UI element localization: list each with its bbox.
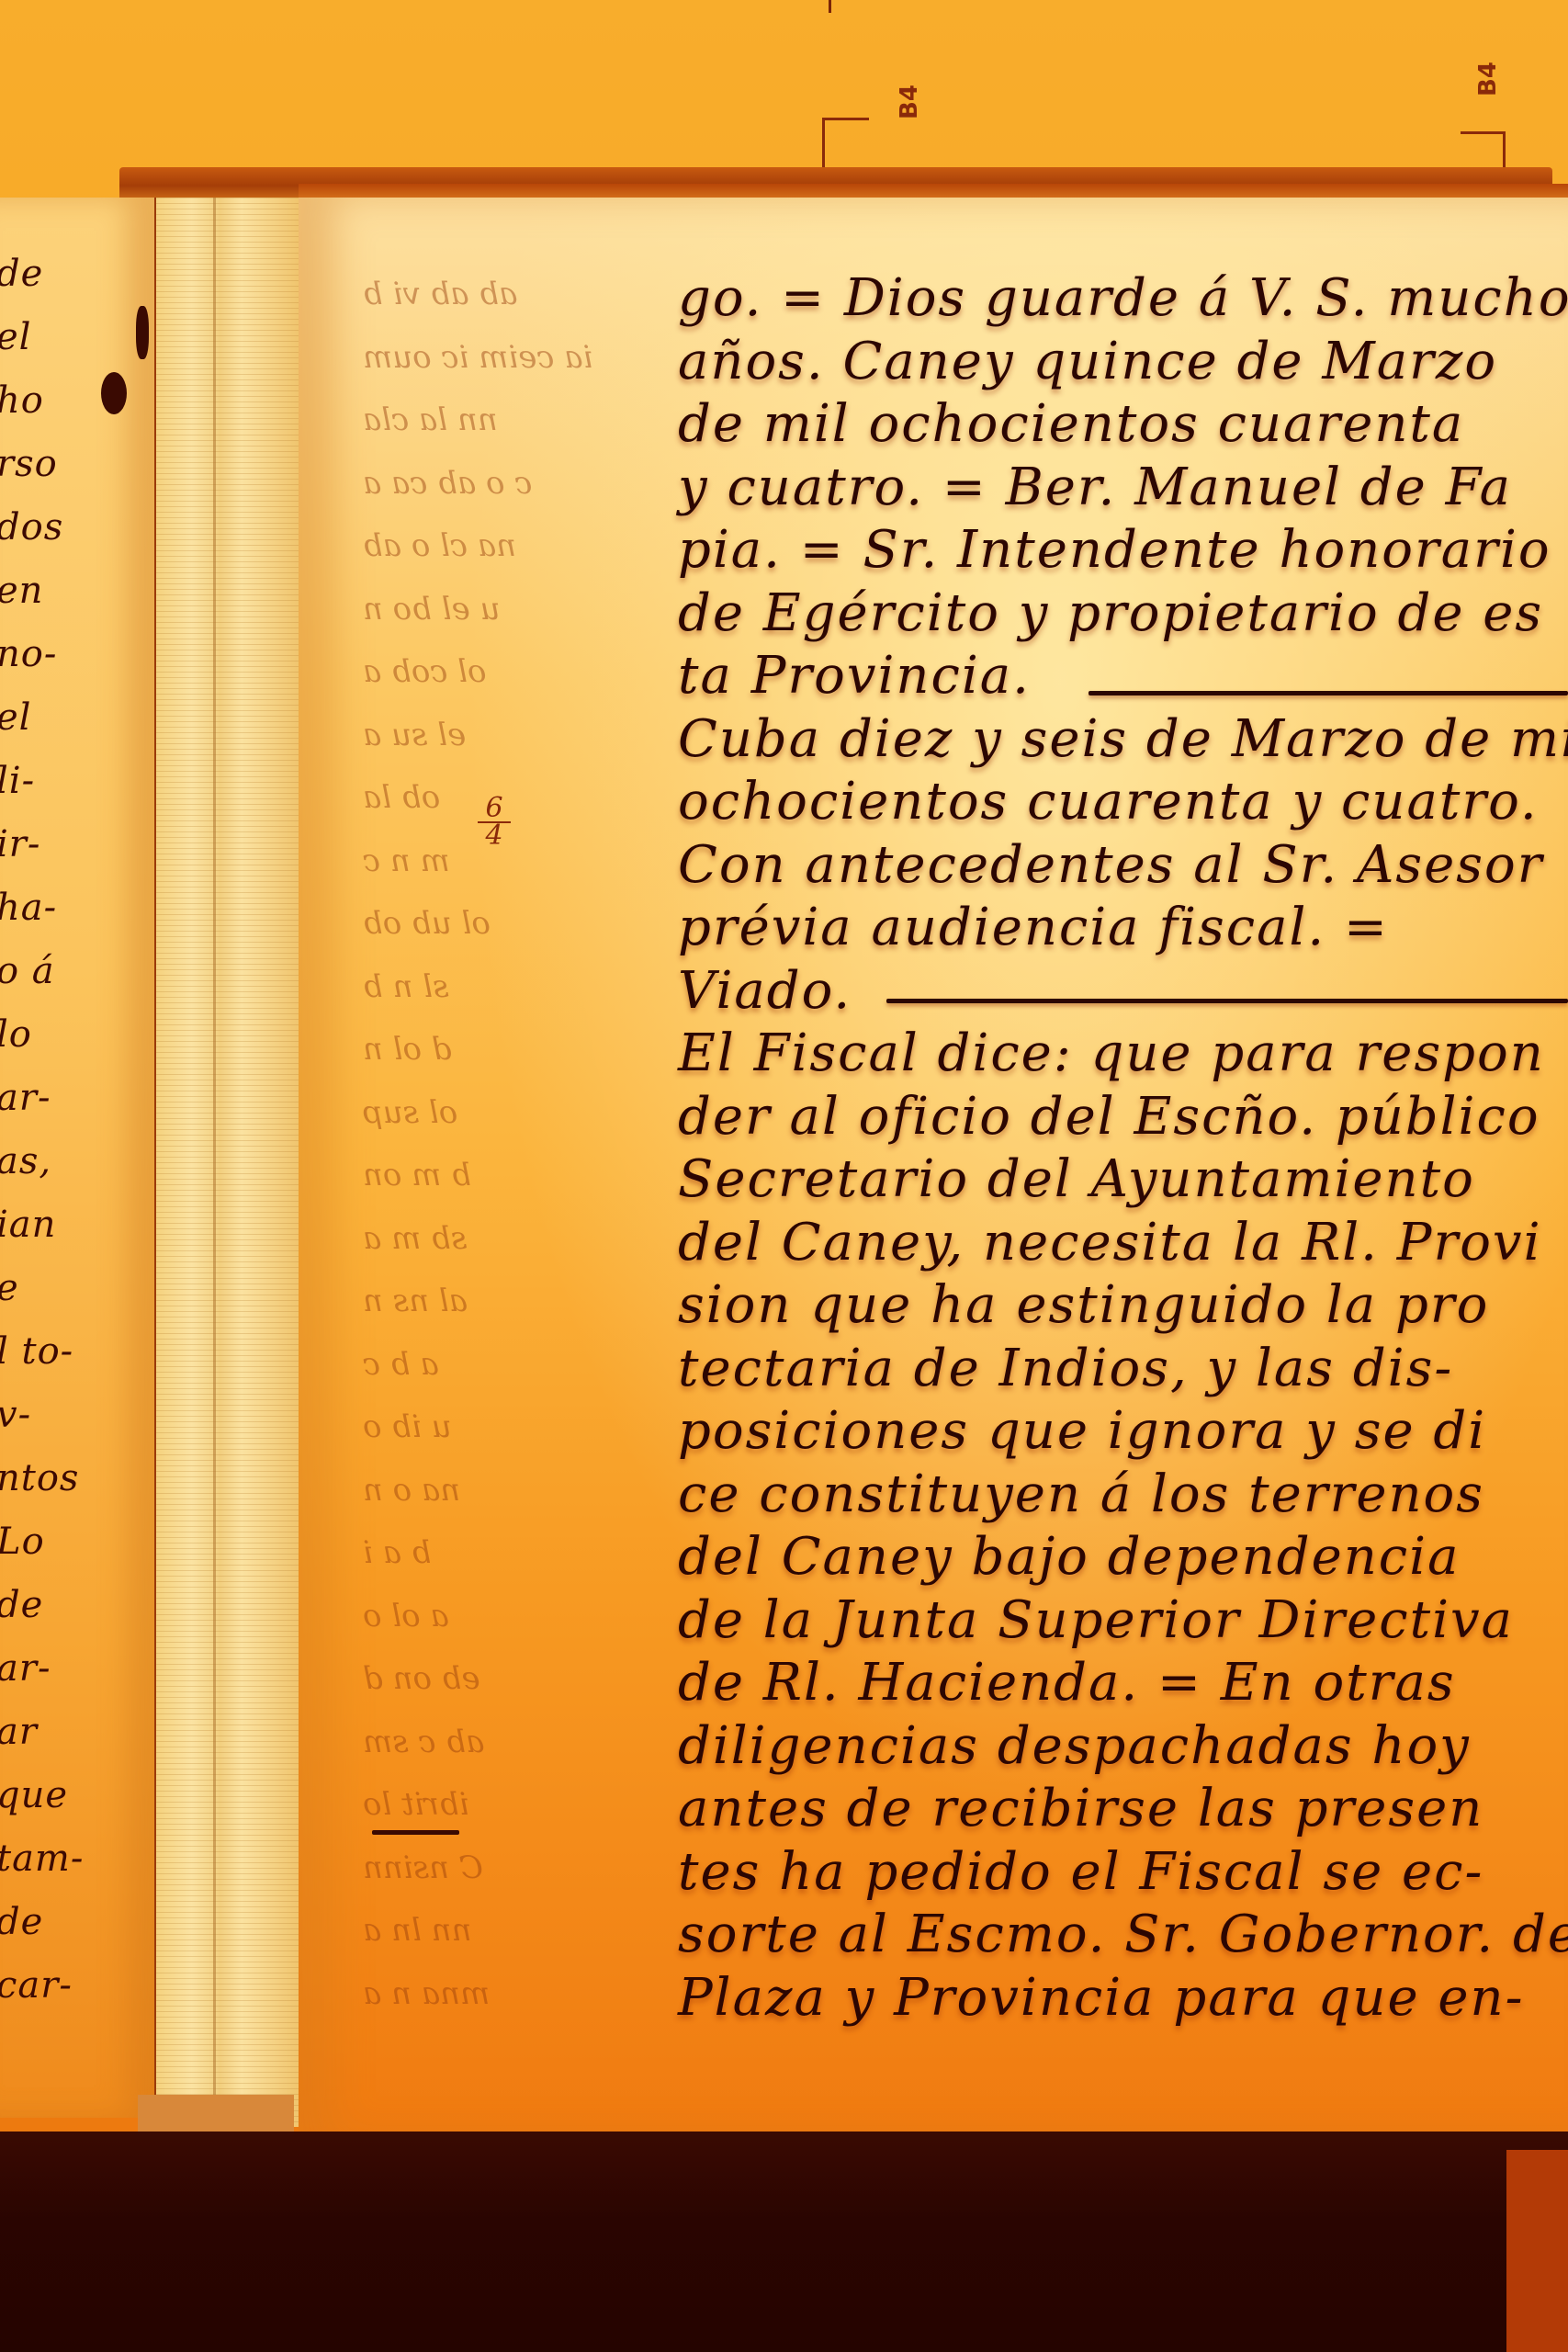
manuscript-line: y cuatro. = Ber. Manuel de Fa xyxy=(678,458,1512,517)
bleed-through-line: C nsinn xyxy=(363,1849,483,1886)
bleed-through-line: na o n xyxy=(363,1472,460,1509)
bleed-through-line: mna n a xyxy=(363,1975,490,2012)
bleed-through-line: u ib o xyxy=(363,1408,452,1445)
bleed-through-line: c o ab ca a xyxy=(363,465,532,502)
left-page-line-ending: tam- xyxy=(0,1837,84,1880)
bleed-through-line: ob la xyxy=(363,779,440,816)
bleed-through-line: el su a xyxy=(363,717,466,753)
left-page-line-ending: rso xyxy=(0,443,58,485)
closing-rule xyxy=(886,999,1568,1003)
bleed-through-line: ia ceim ic oum xyxy=(363,339,592,376)
manuscript-line: El Fiscal dice: que para respon xyxy=(678,1023,1545,1083)
manuscript-line: de Rl. Hacienda. = En otras xyxy=(678,1653,1456,1713)
left-page-line-ending: en xyxy=(0,570,43,612)
manuscript-line: pia. = Sr. Intendente honorario xyxy=(678,520,1551,580)
margin-dash xyxy=(372,1830,459,1835)
left-page-line-ending: de xyxy=(0,1901,43,1943)
left-page-line-ending: car- xyxy=(0,1964,73,2007)
bleed-through-line: nn ln a xyxy=(363,1912,471,1949)
manuscript-line: de la Junta Superior Directiva xyxy=(678,1590,1514,1650)
left-page-line-ending: Lo xyxy=(0,1521,45,1563)
bleed-through-line: na cl o ab xyxy=(363,527,516,564)
left-page-line-ending: l to- xyxy=(0,1330,73,1373)
manuscript-line: ce constituyen á los terrenos xyxy=(678,1464,1484,1524)
left-page-line-ending: ntos xyxy=(0,1457,79,1499)
manuscript-line: sion que ha estinguido la pro xyxy=(678,1275,1489,1335)
bleed-through-line: ibrit lo xyxy=(363,1786,469,1823)
bleed-through-line: ol ub ob xyxy=(363,905,491,942)
bleed-through-line: ol sup xyxy=(363,1094,457,1131)
book-spine-binding xyxy=(156,198,299,2127)
left-page-line-ending: ar xyxy=(0,1711,38,1753)
bleed-through-line: eb on d xyxy=(363,1660,480,1697)
manuscript-line: Viado. xyxy=(678,961,852,1021)
manuscript-line: del Caney bajo dependencia xyxy=(678,1527,1460,1587)
margin-folio-note: 6 4 xyxy=(478,797,511,847)
manuscript-line: años. Caney quince de Marzo xyxy=(678,332,1497,391)
bleed-through-line: b a i xyxy=(363,1534,432,1571)
left-page-line-ending: no- xyxy=(0,633,57,675)
manuscript-line: de Egército y propietario de es xyxy=(678,583,1543,643)
left-page-line-ending: lo xyxy=(0,1013,32,1056)
manuscript-line: del Caney, necesita la Rl. Provi xyxy=(678,1213,1541,1272)
bleed-through-line: ab ab vi b xyxy=(363,276,517,312)
spine-fold xyxy=(213,198,216,2127)
left-page-line-ending: ian xyxy=(0,1204,56,1246)
bleed-through-line: ol cob a xyxy=(363,653,487,690)
manuscript-line: tes ha pedido el Fiscal se ec- xyxy=(678,1842,1483,1902)
manuscript-line: Cuba diez y seis de Marzo de mil xyxy=(678,709,1568,769)
bleed-through-line: sl n b xyxy=(363,968,449,1005)
manuscript-line: sorte al Escmo. Sr. Gobernor. de la xyxy=(678,1905,1568,1964)
manuscript-line: der al oficio del Escño. público xyxy=(678,1087,1540,1147)
left-page-line-ending: ir- xyxy=(0,823,40,865)
left-page-line-ending: o á xyxy=(0,950,55,992)
manuscript-line: ochocientos cuarenta y cuatro. xyxy=(678,772,1539,831)
spine-bottom xyxy=(138,2095,294,2131)
manuscript-line: antes de recibirse las presen xyxy=(678,1779,1483,1838)
bleed-through-line: sb m a xyxy=(363,1220,467,1257)
bleed-through-line: a ol o xyxy=(363,1598,449,1634)
left-page-line-ending: dos xyxy=(0,506,63,548)
manuscript-line: Secretario del Ayuntamiento xyxy=(678,1149,1475,1209)
left-page-line-ending: ar- xyxy=(0,1647,51,1690)
margin-note-denominator: 4 xyxy=(485,820,502,852)
dark-base-edge xyxy=(1506,2150,1568,2352)
left-page-line-ending: e xyxy=(0,1267,19,1309)
manuscript-line: Plaza y Provincia para que en- xyxy=(678,1968,1525,2028)
bleed-through-line: a b c xyxy=(363,1346,439,1383)
manuscript-line: ta Provincia. xyxy=(678,646,1031,706)
bleed-through-line: ab c sm xyxy=(363,1724,484,1760)
ink-blot xyxy=(136,306,149,359)
left-page-line-ending: el xyxy=(0,316,31,358)
bleed-through-line: nn la cla xyxy=(363,401,498,438)
left-page-line-ending: ar- xyxy=(0,1077,51,1119)
left-page-line-ending: que xyxy=(0,1774,68,1816)
left-page-line-ending: de xyxy=(0,1584,43,1626)
manuscript-line: Con antecedentes al Sr. Asesor xyxy=(678,835,1544,895)
left-page-line-ending: v- xyxy=(0,1394,31,1436)
manuscript-line: go. = Dios guarde á V. S. muchos xyxy=(678,268,1568,328)
manuscript-line: prévia audiencia fiscal. = xyxy=(678,898,1389,957)
bleed-through-line: m n c xyxy=(363,842,450,879)
dark-base xyxy=(0,2131,1568,2352)
bleed-through-line: u el bo n xyxy=(363,591,500,628)
bleed-through-line: d ol n xyxy=(363,1031,452,1068)
manuscript-line: tectaria de Indios, y las dis- xyxy=(678,1339,1453,1398)
manuscript-line: de mil ochocientos cuarenta xyxy=(678,394,1464,454)
bleed-through-line: al ns n xyxy=(363,1283,468,1319)
left-page-line-ending: ho xyxy=(0,379,44,422)
bleed-through-line: b m on xyxy=(363,1157,471,1193)
left-page-line-ending: as, xyxy=(0,1140,51,1182)
left-page-line-ending: el xyxy=(0,696,31,739)
manuscript-line: diligencias despachadas hoy xyxy=(678,1716,1471,1776)
ink-blot xyxy=(101,372,127,414)
closing-rule xyxy=(1089,691,1568,695)
crop-mark-tick xyxy=(829,0,831,13)
left-page-line-ending: li- xyxy=(0,760,35,802)
left-page-line-ending: de xyxy=(0,253,43,295)
left-page-line-ending: ha- xyxy=(0,887,57,929)
crop-mark-label-right: B4 xyxy=(1474,62,1502,96)
left-page: deelhorsodosenno-elli-ir-ha-o áloar-as,i… xyxy=(0,198,157,2118)
crop-mark-label-left: B4 xyxy=(896,85,923,119)
manuscript-line: posiciones que ignora y se di xyxy=(678,1401,1486,1461)
